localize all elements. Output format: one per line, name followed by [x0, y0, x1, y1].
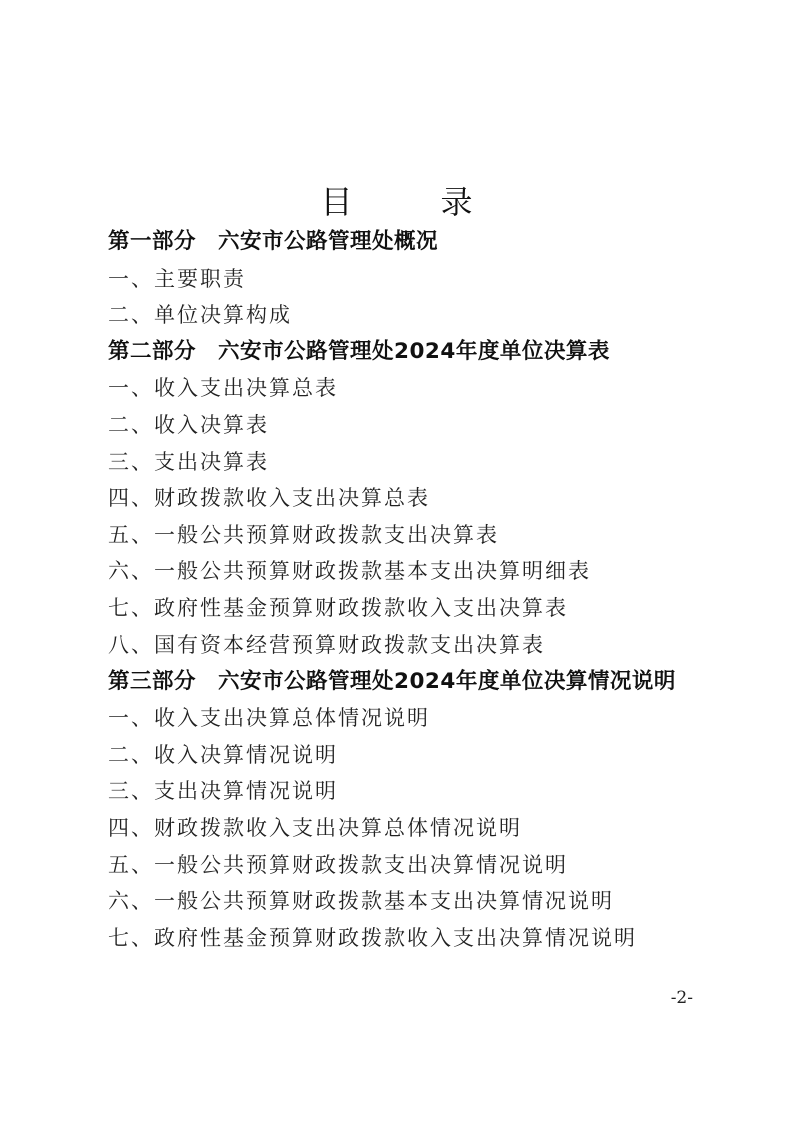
toc-item: 一、收入支出决算总表	[108, 370, 708, 407]
toc-item: 四、财政拨款收入支出决算总体情况说明	[108, 810, 708, 847]
page-number: -2-	[671, 988, 693, 1008]
toc-part-3-heading: 第三部分 六安市公路管理处2024年度单位决算情况说明	[108, 663, 698, 700]
toc-item: 六、一般公共预算财政拨款基本支出决算明细表	[108, 553, 708, 590]
toc-item: 五、一般公共预算财政拨款支出决算表	[108, 517, 708, 554]
toc-item: 五、一般公共预算财政拨款支出决算情况说明	[108, 847, 708, 884]
toc-item: 七、政府性基金预算财政拨款收入支出决算情况说明	[108, 920, 708, 957]
toc-item: 一、收入支出决算总体情况说明	[108, 700, 708, 737]
toc-item: 二、收入决算情况说明	[108, 737, 708, 774]
toc-item: 一、主要职责	[108, 261, 708, 298]
toc-item: 六、一般公共预算财政拨款基本支出决算情况说明	[108, 883, 708, 920]
page-title: 目 录	[0, 180, 793, 224]
toc-item: 二、收入决算表	[108, 407, 708, 444]
toc-item: 八、国有资本经营预算财政拨款支出决算表	[108, 627, 708, 664]
toc-item: 三、支出决算表	[108, 444, 708, 481]
toc-item: 二、单位决算构成	[108, 297, 708, 334]
table-of-contents: 第一部分 六安市公路管理处概况 一、主要职责 二、单位决算构成 第二部分 六安市…	[108, 224, 708, 956]
toc-part-2-heading: 第二部分 六安市公路管理处2024年度单位决算表	[108, 334, 708, 371]
toc-item: 三、支出决算情况说明	[108, 773, 708, 810]
toc-item: 四、财政拨款收入支出决算总表	[108, 480, 708, 517]
toc-part-1-heading: 第一部分 六安市公路管理处概况	[108, 224, 708, 261]
toc-item: 七、政府性基金预算财政拨款收入支出决算表	[108, 590, 708, 627]
